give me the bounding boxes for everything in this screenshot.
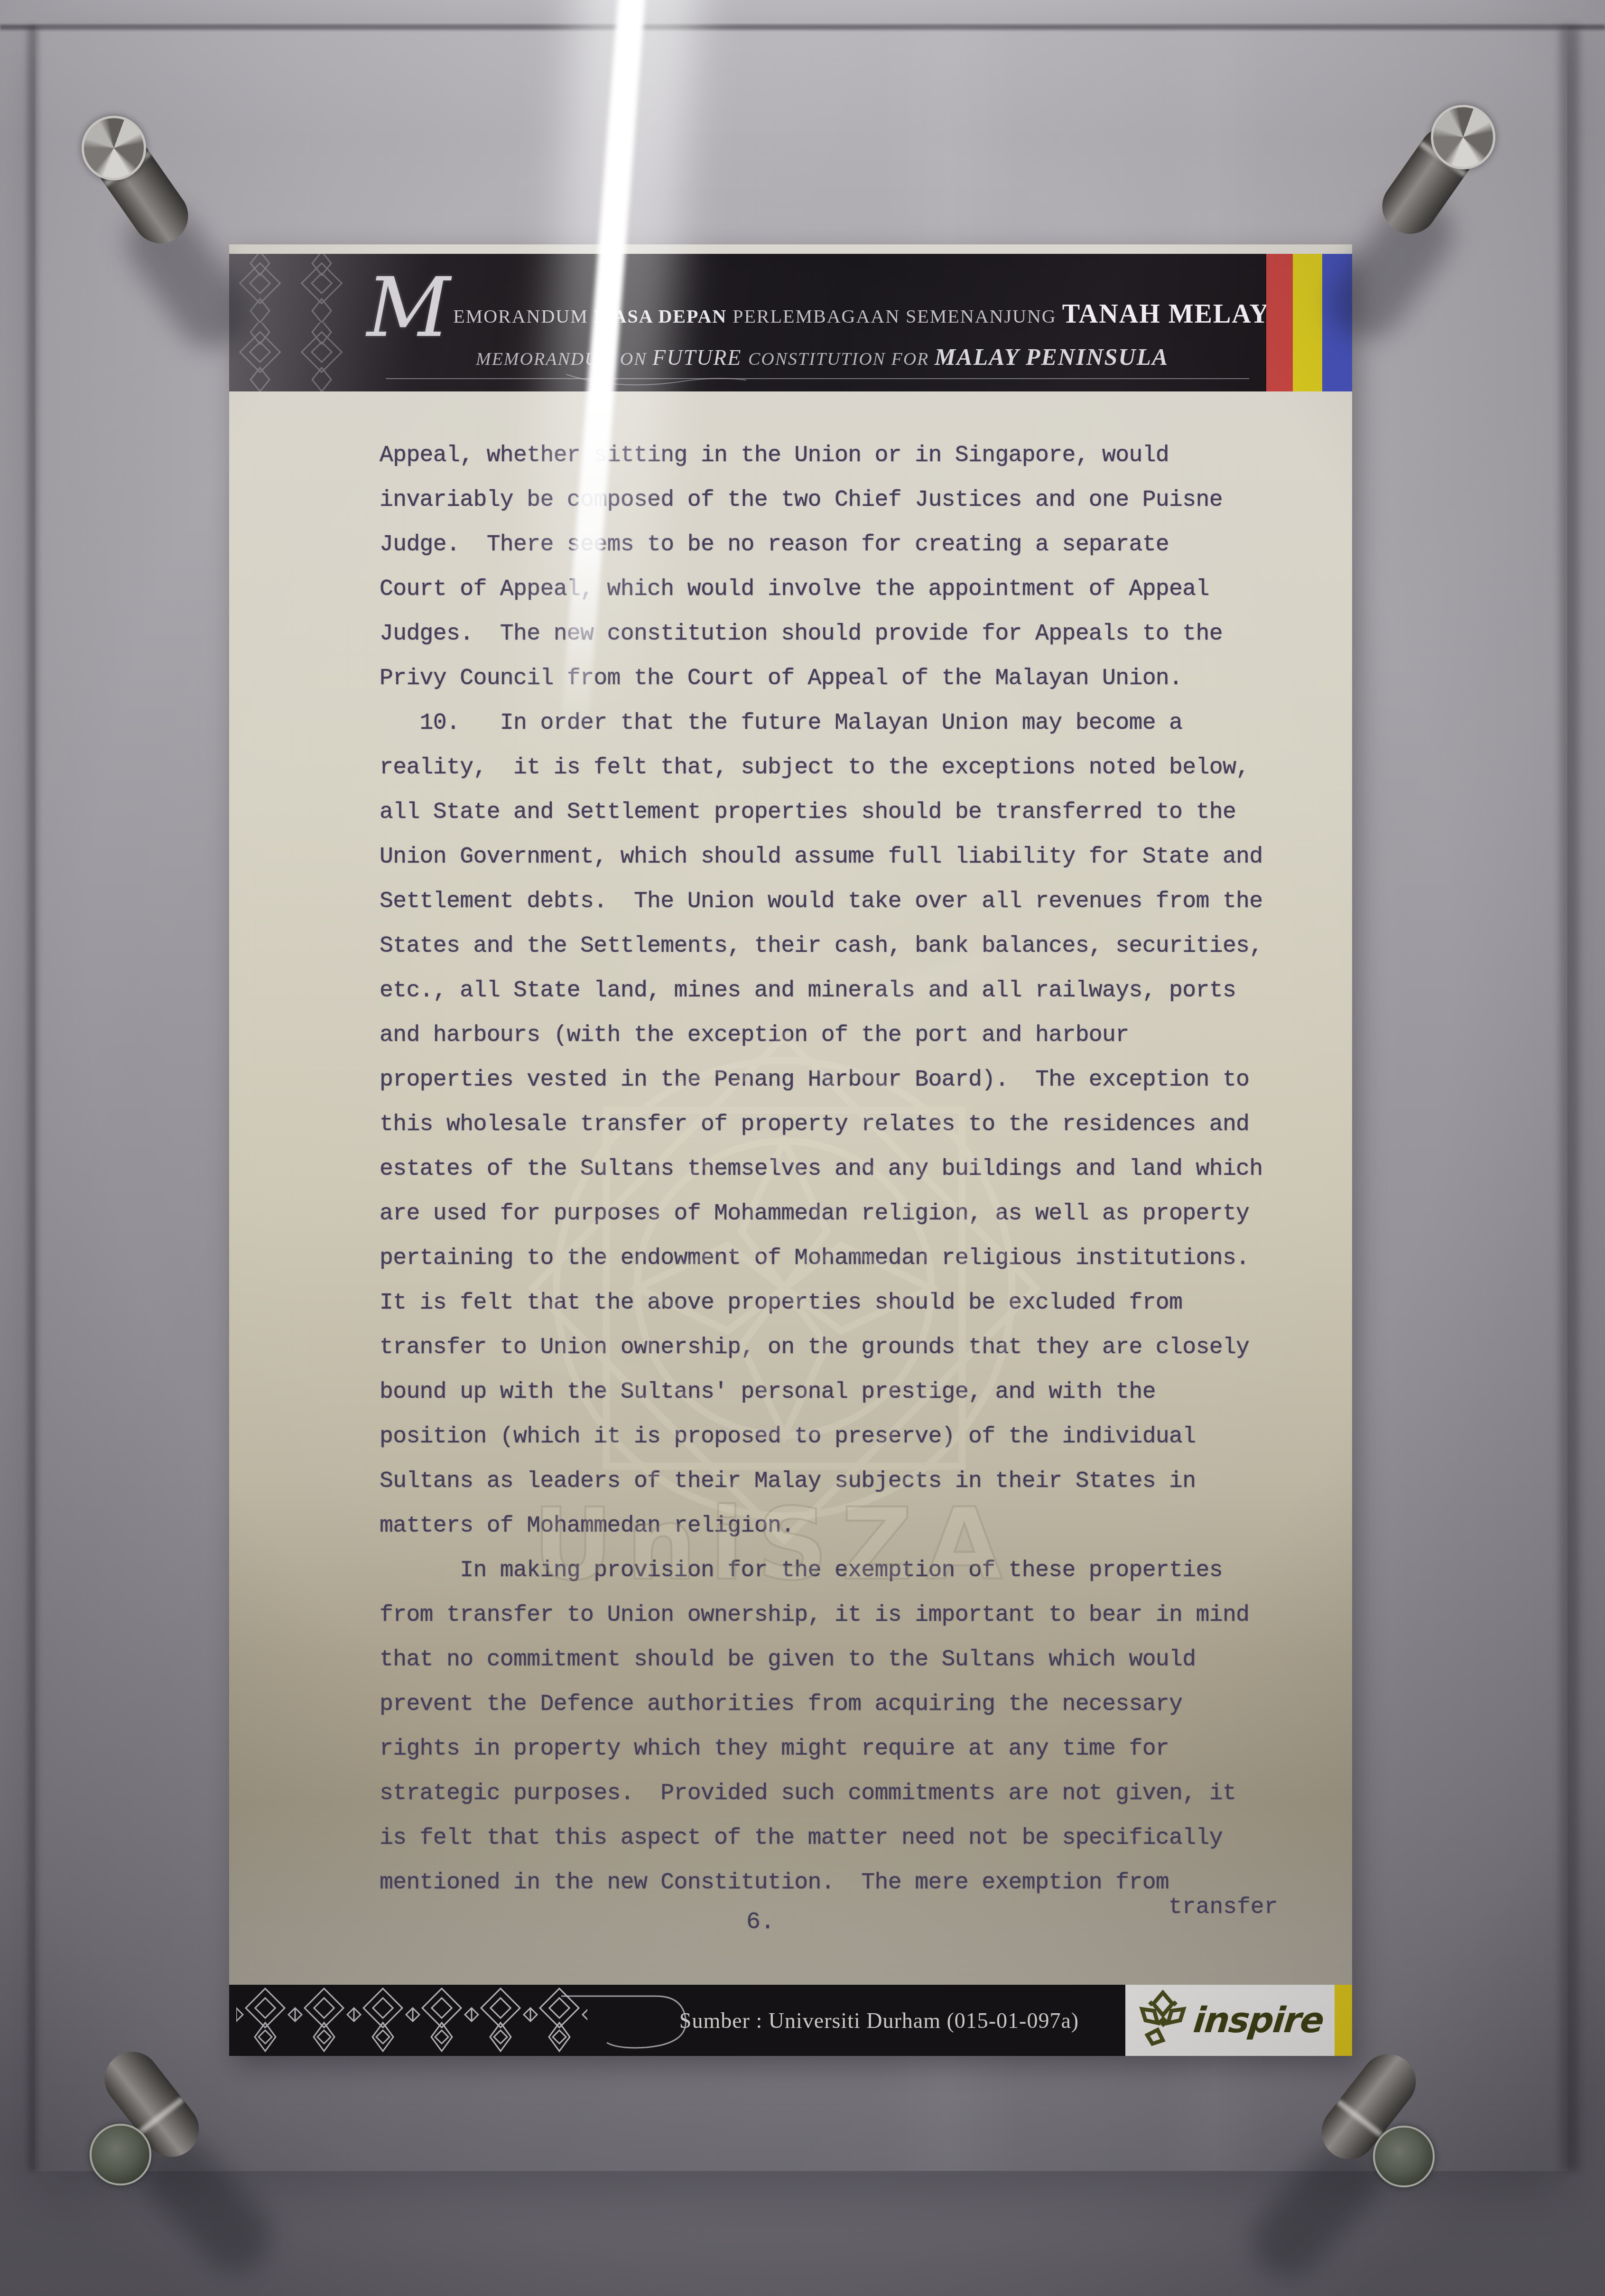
banner-title-line2: MEMORANDUM ON FUTURE CONSTITUTION FOR MA…	[476, 343, 1169, 371]
inspire-flower-icon	[1137, 1990, 1189, 2051]
banner-line2-pre: MEMORANDUM ON	[476, 349, 652, 369]
photo-framed-memorandum: MEMORANDUM MASA DEPAN PERLEMBAGAAN SEMEN…	[0, 0, 1605, 2296]
banner-title-line1: MEMORANDUM MASA DEPAN PERLEMBAGAAN SEMEN…	[367, 267, 1290, 349]
logo-yellow-stripe	[1335, 1985, 1352, 2056]
unisza-watermark: UniSZA	[533, 1487, 1016, 1602]
source-caption: Sumber : Universiti Durham (015-01-097a)	[599, 1985, 1159, 2056]
banner-line1-mid: PERLEMBAGAAN SEMENANJUNG	[733, 306, 1062, 327]
stripe-red	[1266, 254, 1293, 391]
inspire-logo-label: inspire	[1191, 2000, 1325, 2041]
inspire-logo: inspire	[1125, 1985, 1335, 2056]
banner-sheen	[229, 254, 476, 391]
banner-line1-masa: MASA DEPAN	[594, 306, 733, 327]
catchword-transfer: transfer	[1169, 1895, 1273, 1920]
acrylic-right-edge	[1560, 26, 1579, 2171]
footer-bar: Sumber : Universiti Durham (015-01-097a)…	[229, 1985, 1352, 2056]
banner-line2-mid: CONSTITUTION FOR	[748, 349, 935, 369]
banner-flourish-icon	[561, 372, 751, 391]
banner-line2-malay: MALAY PENINSULA	[935, 344, 1169, 370]
document-header-banner: MEMORANDUM MASA DEPAN PERLEMBAGAAN SEMEN…	[229, 254, 1352, 391]
stripe-yellow	[1293, 254, 1322, 391]
document-page: MEMORANDUM MASA DEPAN PERLEMBAGAAN SEMEN…	[229, 244, 1352, 2056]
acrylic-left-edge	[28, 26, 38, 2171]
banner-line2-future: FUTURE	[652, 345, 748, 370]
banner-line1-tanah: TANAH MELAYU	[1062, 299, 1290, 329]
page-number: 6.	[723, 1909, 798, 1936]
banner-rule	[386, 378, 1249, 379]
footer-ornament-icon	[236, 1985, 587, 2056]
